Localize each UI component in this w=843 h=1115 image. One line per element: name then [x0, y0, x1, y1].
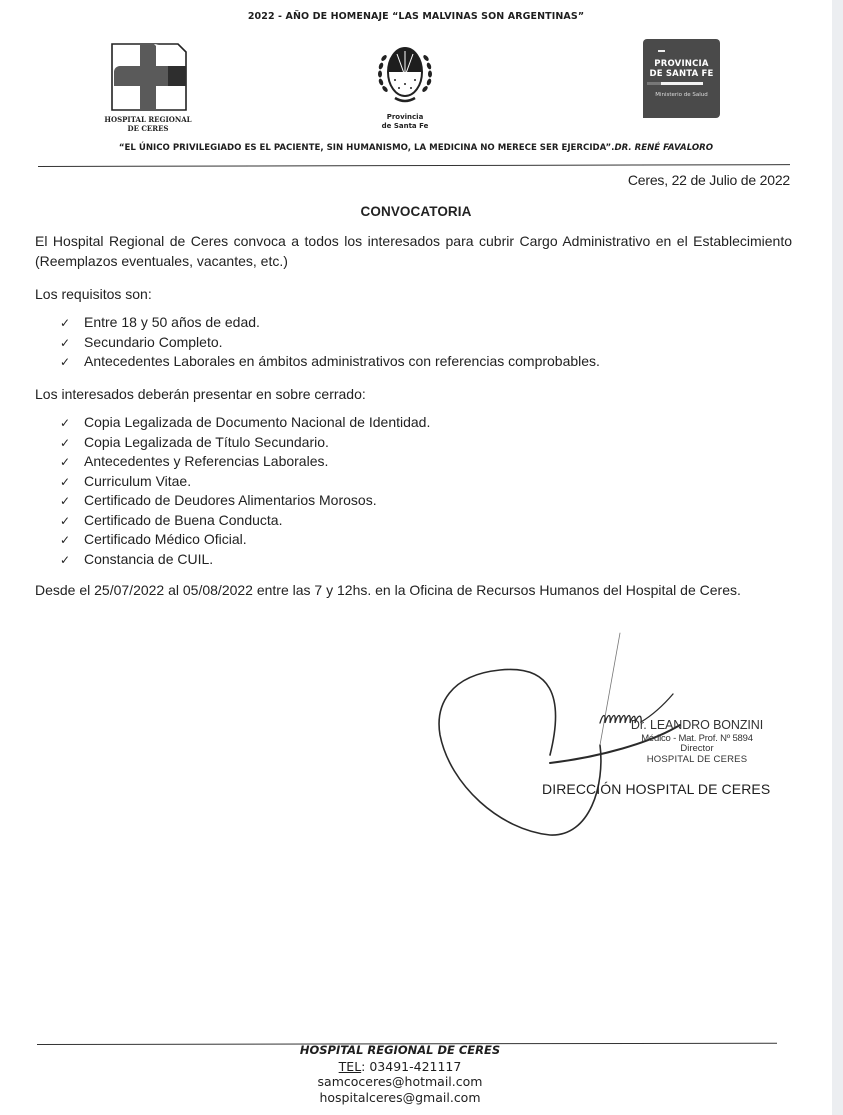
hospital-cross-icon [110, 42, 188, 112]
checkmark-icon: ✓ [60, 414, 84, 434]
document-page: 2022 - AÑO DE HOMENAJE “LAS MALVINAS SON… [0, 0, 832, 1115]
ministry-logo-mark-icon [658, 50, 665, 52]
requirement-item: ✓Antecedentes Laborales en ámbitos admin… [60, 352, 600, 372]
required-document-text: Certificado de Deudores Alimentarios Mor… [84, 492, 377, 508]
hospital-logo: HOSPITAL REGIONAL DE CERES [104, 42, 196, 132]
signer-institution: HOSPITAL DE CERES [612, 754, 782, 765]
ministry-logo-line-2: DE SANTA FE [643, 69, 720, 79]
quote-text: “EL ÚNICO PRIVILEGIADO ES EL PACIENTE, S… [119, 143, 615, 153]
requirement-text: Entre 18 y 50 años de edad. [84, 314, 260, 330]
required-document-item: ✓Certificado de Deudores Alimentarios Mo… [60, 491, 430, 511]
ministry-logo-line-1: PROVINCIA [643, 59, 720, 69]
checkmark-icon: ✓ [60, 353, 84, 373]
footer-email-2[interactable]: hospitalceres@gmail.com [0, 1090, 800, 1106]
required-document-item: ✓Certificado Médico Oficial. [60, 530, 430, 550]
checkmark-icon: ✓ [60, 512, 84, 532]
required-document-item: ✓Copia Legalizada de Título Secundario. [60, 433, 430, 453]
ministry-logo-bar-dark [647, 82, 661, 85]
document-title: CONVOCATORIA [0, 204, 832, 219]
signature-stamp: Dr. LEANDRO BONZINI Médico - Mat. Prof. … [612, 718, 782, 765]
viewer-side-strip [832, 0, 843, 1115]
header-divider [38, 164, 790, 167]
footer-hospital-name: HOSPITAL REGIONAL DE CERES [0, 1043, 800, 1059]
requirement-item: ✓Secundario Completo. [60, 333, 600, 353]
signer-role: Director [612, 744, 782, 754]
footer-phone: TEL: 03491-421117 [0, 1059, 800, 1075]
hospital-logo-caption-2: DE CERES [102, 124, 194, 133]
requirement-text: Secundario Completo. [84, 334, 223, 350]
ministry-logo-bar [661, 82, 703, 85]
schedule-paragraph: Desde el 25/07/2022 al 05/08/2022 entre … [35, 580, 755, 600]
footer-email-1[interactable]: samcoceres@hotmail.com [0, 1074, 800, 1090]
required-document-text: Copia Legalizada de Documento Nacional d… [84, 414, 430, 430]
documents-heading: Los interesados deberán presentar en sob… [35, 384, 792, 404]
ministry-logo-subtitle: Ministerio de Salud [643, 92, 720, 98]
signing-department: DIRECCIÓN HOSPITAL DE CERES [542, 781, 770, 797]
checkmark-icon: ✓ [60, 531, 84, 551]
checkmark-icon: ✓ [60, 453, 84, 473]
footer-phone-value: : 03491-421117 [361, 1059, 461, 1074]
province-logo: Provincia de Santa Fe [372, 40, 438, 130]
checkmark-icon: ✓ [60, 334, 84, 354]
footer: HOSPITAL REGIONAL DE CERES TEL: 03491-42… [0, 1043, 800, 1105]
province-caption-2: de Santa Fe [372, 122, 438, 131]
checkmark-icon: ✓ [60, 314, 84, 334]
hospital-logo-caption-1: HOSPITAL REGIONAL [102, 115, 194, 124]
intro-paragraph: El Hospital Regional de Ceres convoca a … [35, 231, 792, 271]
quote-author: DR. RENÉ FAVALORO [614, 143, 713, 153]
province-caption-1: Provincia [372, 113, 438, 122]
required-document-text: Copia Legalizada de Título Secundario. [84, 434, 329, 450]
required-document-item: ✓Antecedentes y Referencias Laborales. [60, 452, 430, 472]
required-document-item: ✓Constancia de CUIL. [60, 550, 430, 570]
required-document-text: Curriculum Vitae. [84, 473, 191, 489]
header-quote: “EL ÚNICO PRIVILEGIADO ES EL PACIENTE, S… [0, 143, 832, 153]
checkmark-icon: ✓ [60, 492, 84, 512]
required-document-text: Certificado de Buena Conducta. [84, 512, 282, 528]
required-document-item: ✓Curriculum Vitae. [60, 472, 430, 492]
checkmark-icon: ✓ [60, 551, 84, 571]
checkmark-icon: ✓ [60, 434, 84, 454]
requirements-heading: Los requisitos son: [35, 284, 792, 304]
checkmark-icon: ✓ [60, 473, 84, 493]
required-document-text: Certificado Médico Oficial. [84, 531, 247, 547]
required-document-text: Antecedentes y Referencias Laborales. [84, 453, 328, 469]
requirement-text: Antecedentes Laborales en ámbitos admini… [84, 353, 600, 369]
footer-phone-label: TEL [339, 1059, 362, 1074]
ministry-logo: PROVINCIA DE SANTA FE Ministerio de Salu… [643, 39, 720, 118]
requirement-item: ✓Entre 18 y 50 años de edad. [60, 313, 600, 333]
required-document-text: Constancia de CUIL. [84, 551, 213, 567]
year-banner: 2022 - AÑO DE HOMENAJE “LAS MALVINAS SON… [0, 11, 832, 22]
signer-name: Dr. LEANDRO BONZINI [612, 718, 782, 733]
required-document-item: ✓Copia Legalizada de Documento Nacional … [60, 413, 430, 433]
coat-of-arms-icon [375, 40, 435, 106]
requirements-list: ✓Entre 18 y 50 años de edad.✓Secundario … [60, 313, 600, 372]
document-date: Ceres, 22 de Julio de 2022 [628, 172, 790, 188]
documents-list: ✓Copia Legalizada de Documento Nacional … [60, 413, 430, 569]
required-document-item: ✓Certificado de Buena Conducta. [60, 511, 430, 531]
